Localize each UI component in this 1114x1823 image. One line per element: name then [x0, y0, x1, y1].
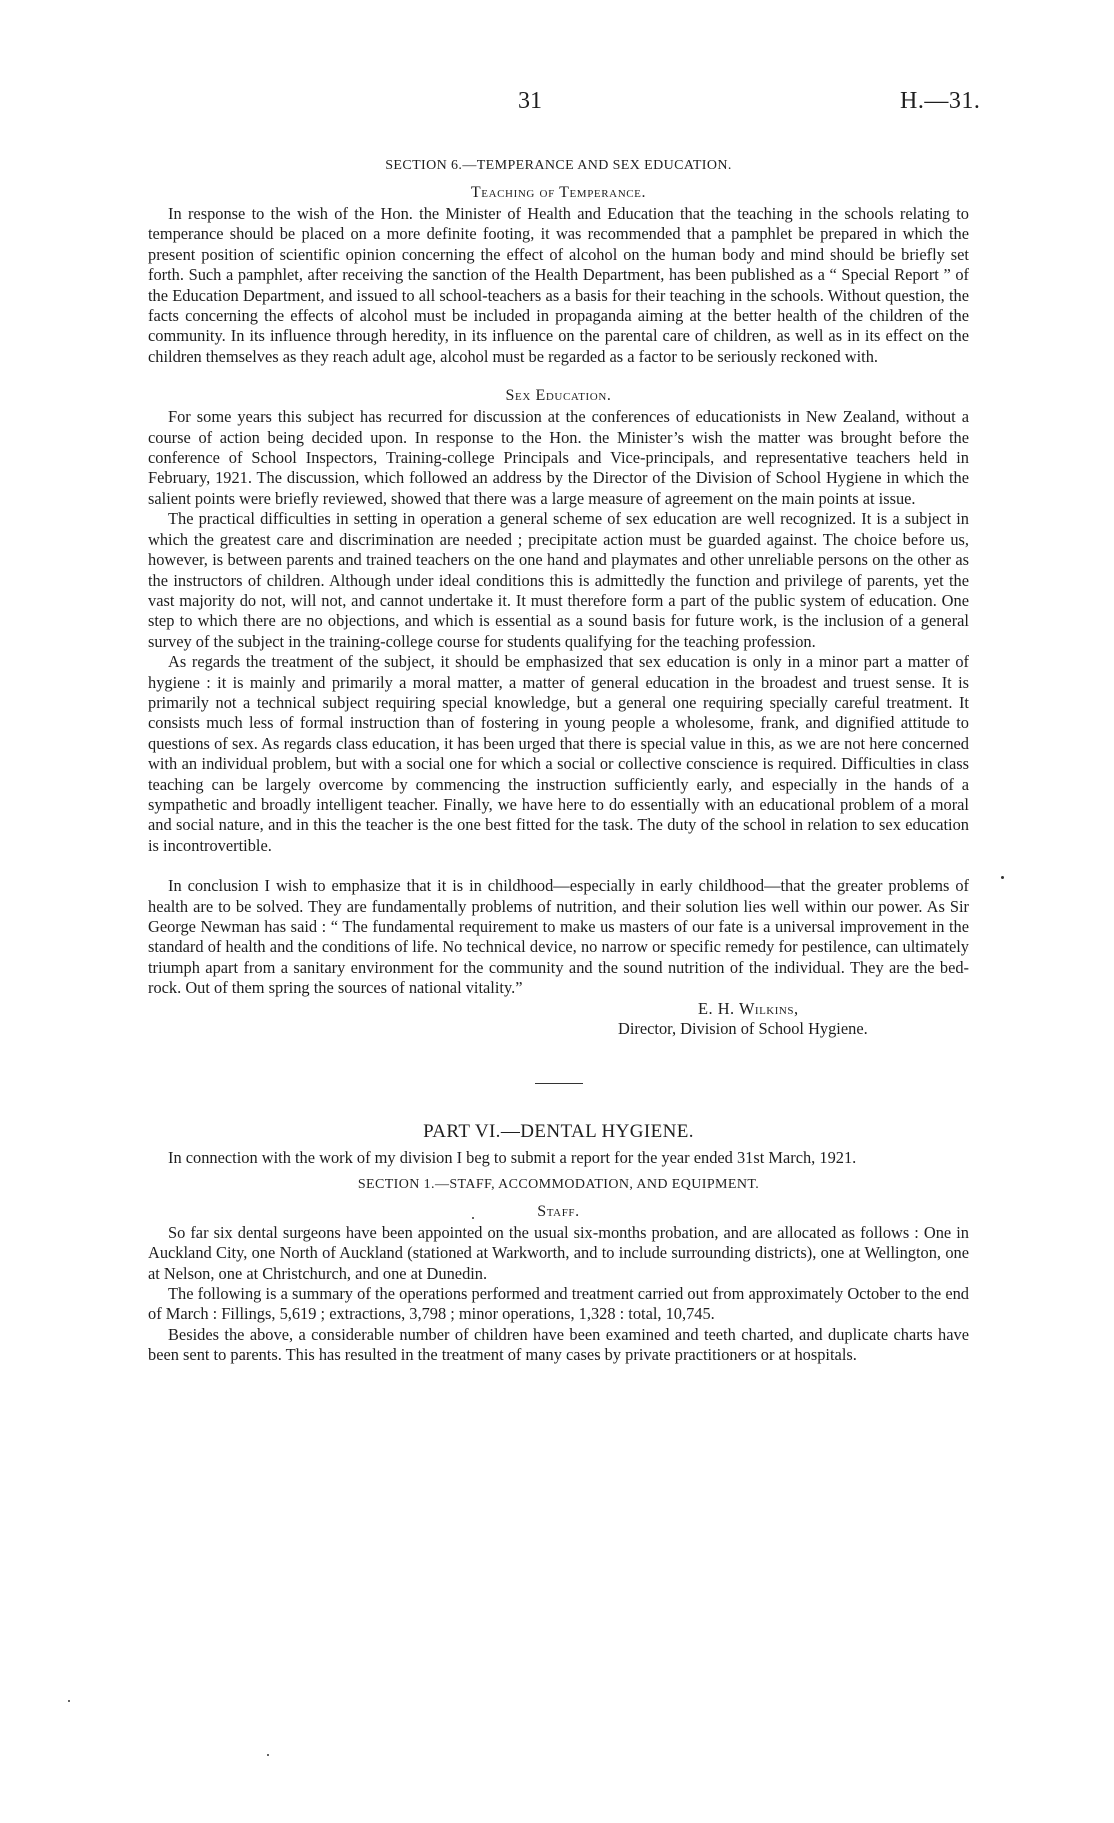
sex-education-paragraph-3: As regards the treatment of the subject,…	[148, 652, 969, 856]
page-number: 31	[518, 88, 542, 115]
signature-block: E. H. Wilkins, Director, Division of Sch…	[148, 999, 969, 1040]
conclusion-paragraph: In conclusion I wish to emphasize that i…	[148, 876, 969, 998]
margin-dot-mark	[68, 1700, 70, 1702]
part-6-heading: PART VI.—DENTAL HYGIENE.	[148, 1120, 969, 1144]
margin-dot-mark	[472, 1217, 474, 1219]
signature-name: E. H. Wilkins,	[148, 999, 969, 1019]
sex-education-heading: Sex Education.	[148, 385, 969, 407]
section-1-heading: SECTION 1.—STAFF, ACCOMMODATION, AND EQU…	[148, 1175, 969, 1195]
teaching-of-temperance-heading: Teaching of Temperance.	[148, 182, 969, 204]
staff-paragraph-3: Besides the above, a considerable number…	[148, 1325, 969, 1366]
margin-dot-mark	[267, 1754, 269, 1756]
staff-paragraph-2: The following is a summary of the operat…	[148, 1284, 969, 1325]
sex-education-paragraph-1: For some years this subject has recurred…	[148, 407, 969, 509]
temperance-paragraph: In response to the wish of the Hon. the …	[148, 204, 969, 367]
margin-dot-mark	[1001, 876, 1004, 879]
staff-heading: Staff.	[148, 1201, 969, 1223]
signature-title: Director, Division of School Hygiene.	[148, 1019, 969, 1039]
staff-paragraph-1: So far six dental surgeons have been app…	[148, 1223, 969, 1284]
document-body: SECTION 6.—TEMPERANCE AND SEX EDUCATION.…	[148, 156, 969, 1366]
dental-intro-paragraph: In connection with the work of my divisi…	[148, 1148, 969, 1168]
section-6-heading: SECTION 6.—TEMPERANCE AND SEX EDUCATION.	[148, 156, 969, 176]
sex-education-paragraph-2: The practical difficulties in setting in…	[148, 509, 969, 652]
document-reference: H.—31.	[900, 88, 980, 115]
page-header: 31 H.—31.	[0, 88, 1114, 118]
